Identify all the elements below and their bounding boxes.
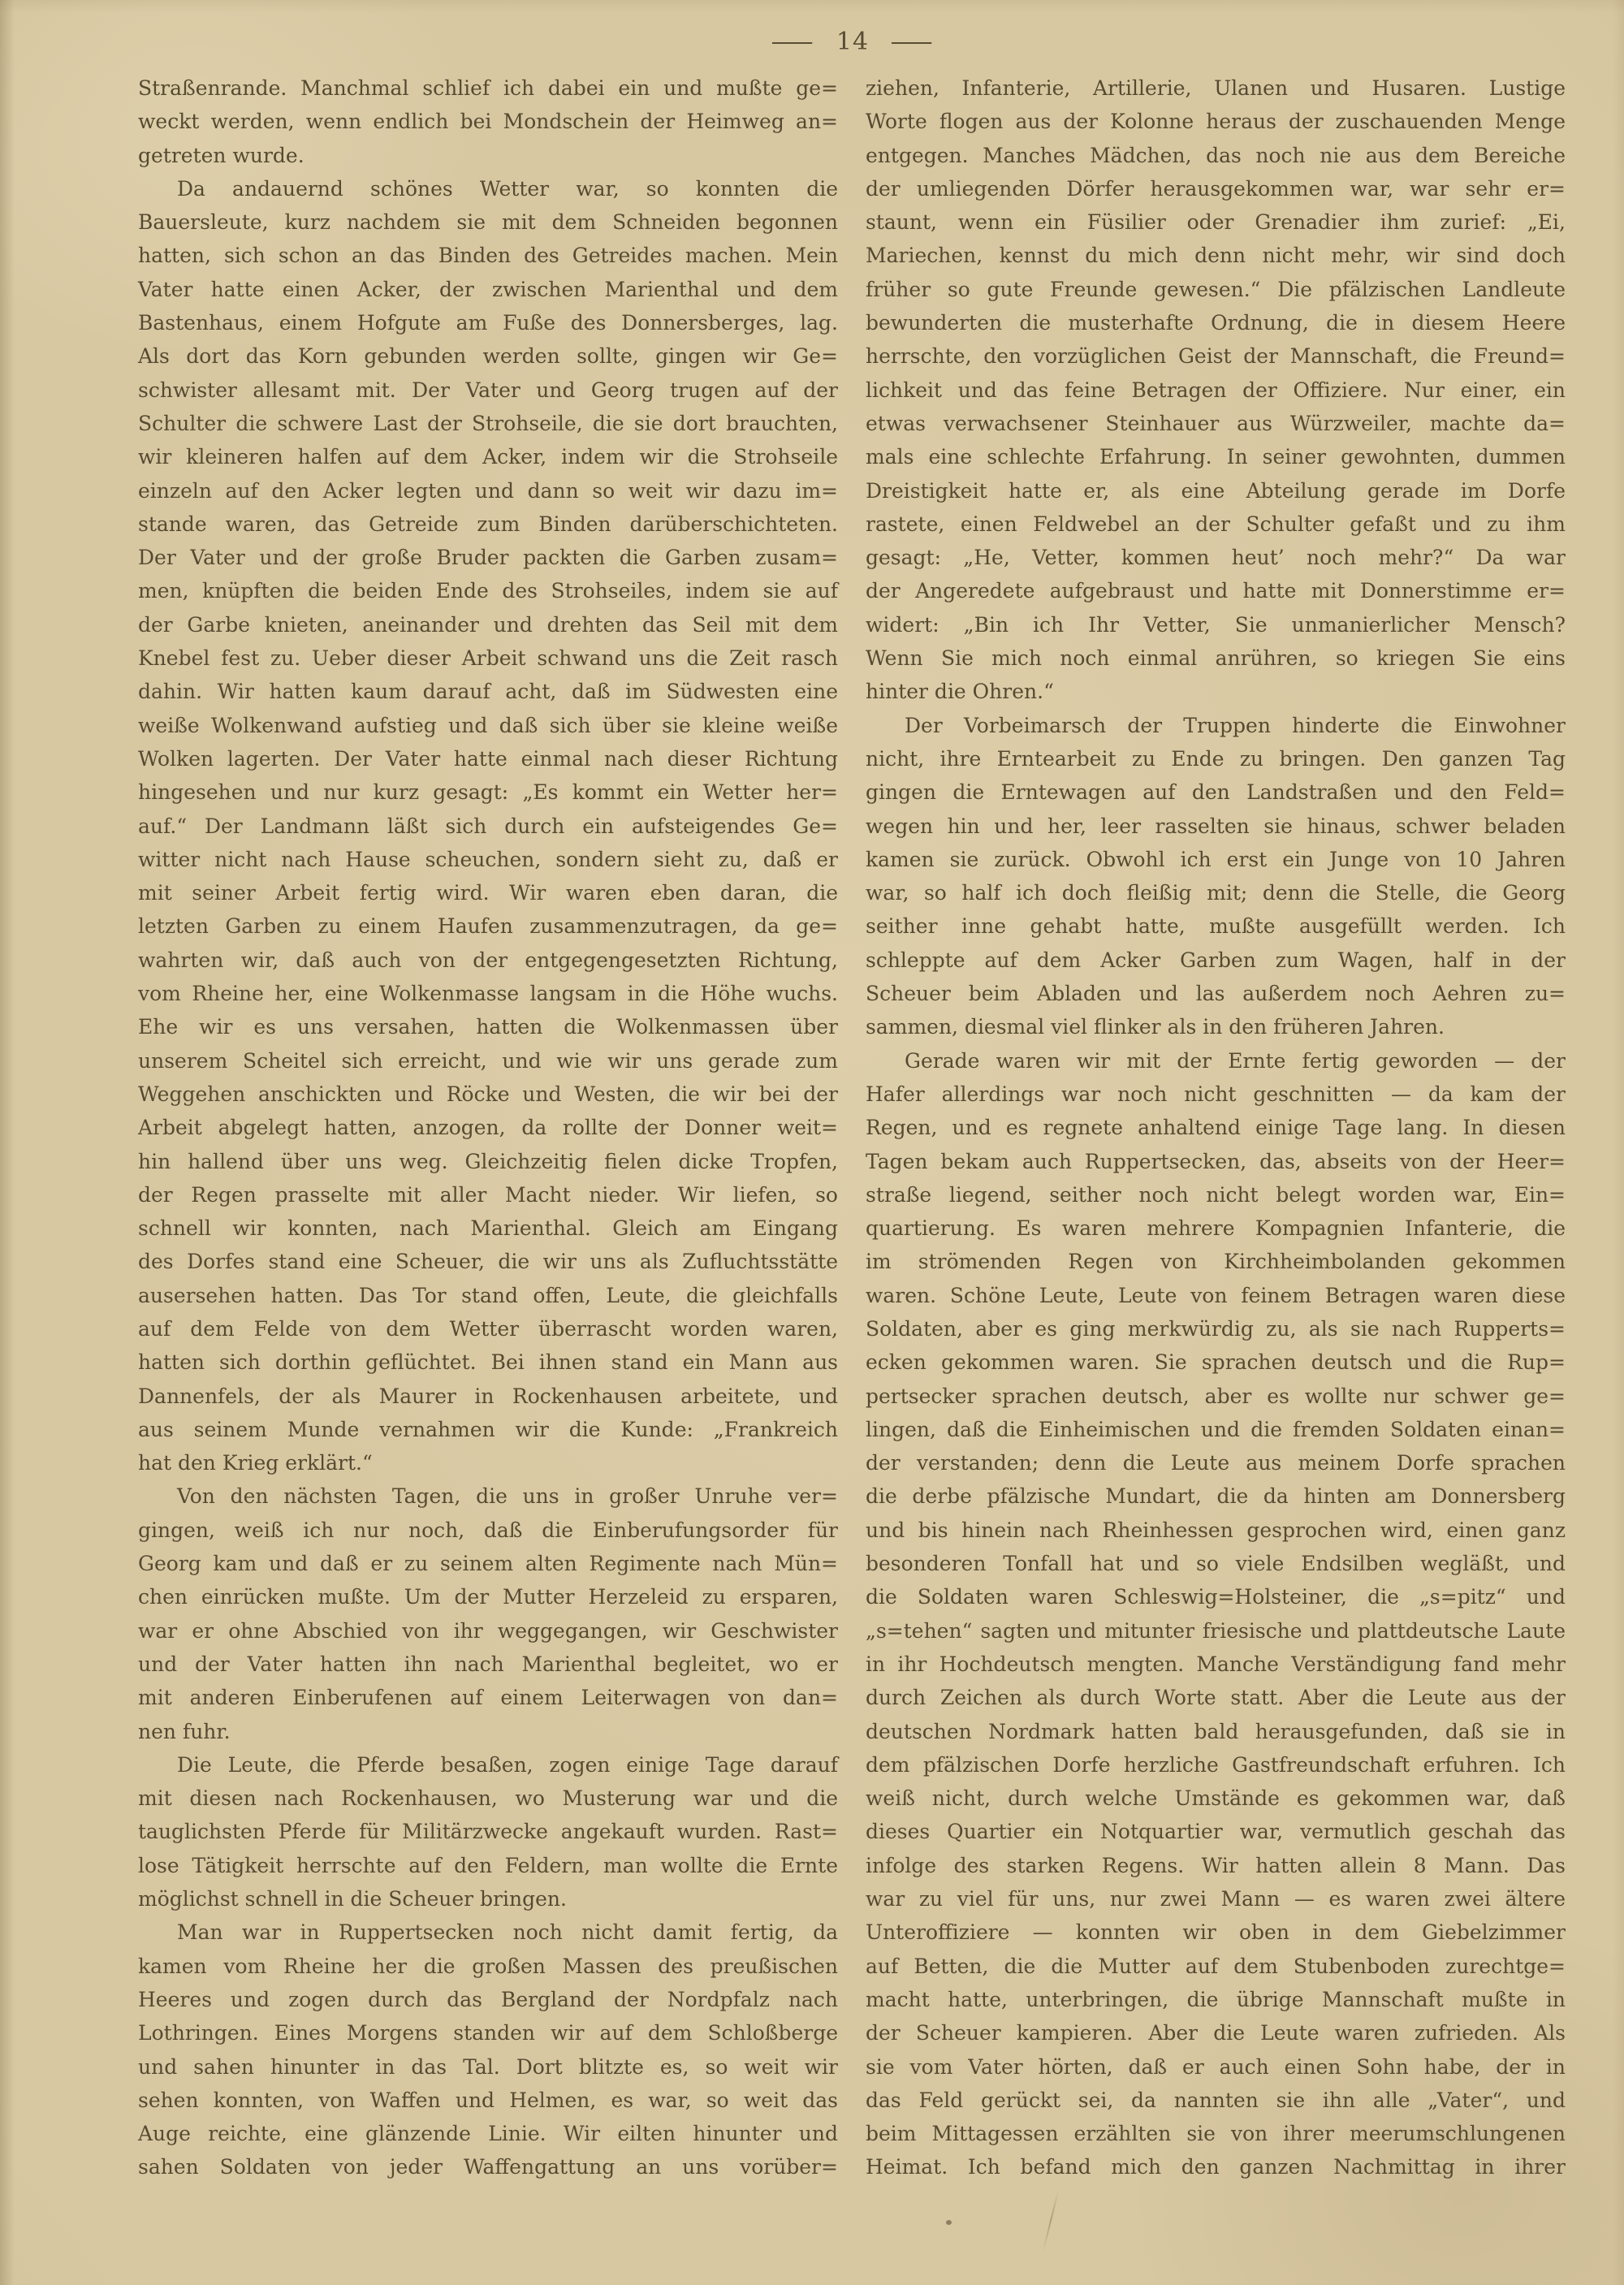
text-line: hinter die Ohren.“ (866, 675, 1566, 708)
text-line: Scheuer beim Abladen und las außerdem no… (866, 977, 1566, 1010)
paper-speck (946, 2220, 952, 2225)
text-line: mit anderen Einberufenen auf einem Leite… (138, 1681, 838, 1714)
text-line: war er ohne Abschied von ihr weggegangen… (138, 1614, 838, 1648)
text-line: dahin. Wir hatten kaum darauf acht, daß … (138, 675, 838, 708)
text-line: nicht, ihre Erntearbeit zu Ende zu bring… (866, 742, 1566, 775)
text-line: hatten, sich schon an das Binden des Get… (138, 239, 838, 272)
text-line: lose Tätigkeit herrschte auf den Feldern… (138, 1849, 838, 1882)
text-line: die derbe pfälzische Mundart, die da hin… (866, 1479, 1566, 1513)
text-line: rastete, einen Feldwebel an der Schulter… (866, 508, 1566, 541)
text-line: widert: „Bin ich Ihr Vetter, Sie unmanie… (866, 608, 1566, 641)
text-line: lingen, daß die Einheimischen und die fr… (866, 1413, 1566, 1446)
text-line: deutschen Nordmark hatten bald herausgef… (866, 1715, 1566, 1748)
text-line: weiß nicht, durch welche Umstände es gek… (866, 1782, 1566, 1815)
text-line: wegen hin und her, leer rasselten sie hi… (866, 810, 1566, 843)
text-line: Georg kam und daß er zu seinem alten Reg… (138, 1547, 838, 1580)
text-line: Bastenhaus, einem Hofgute am Fuße des Do… (138, 306, 838, 339)
text-line: pertsecker sprachen deutsch, aber es wol… (866, 1380, 1566, 1413)
text-line: Hafer allerdings war noch nicht geschnit… (866, 1078, 1566, 1111)
text-line: hin hallend über uns weg. Gleichzeitig f… (138, 1145, 838, 1178)
text-line: sammen, diesmal viel flinker als in den … (866, 1010, 1566, 1043)
text-line: im strömenden Regen von Kirchheimbolande… (866, 1245, 1566, 1278)
text-line: mit diesen nach Rockenhausen, wo Musteru… (138, 1782, 838, 1815)
text-line: auf dem Felde von dem Wetter überrascht … (138, 1312, 838, 1346)
text-line: sie vom Vater hörten, daß er auch einen … (866, 2050, 1566, 2084)
text-line: Knebel fest zu. Ueber dieser Arbeit schw… (138, 641, 838, 675)
text-line: „s=tehen“ sagten und mitunter friesische… (866, 1614, 1566, 1648)
text-line: in ihr Hochdeutsch mengten. Manche Verst… (866, 1648, 1566, 1681)
text-line: Unteroffiziere — konnten wir oben in dem… (866, 1916, 1566, 1949)
text-line: unserem Scheitel sich erreicht, und wie … (138, 1044, 838, 1078)
text-line: weckt werden, wenn endlich bei Mondschei… (138, 105, 838, 138)
text-line: Auge reichte, eine glänzende Linie. Wir … (138, 2117, 838, 2150)
text-line: Bauersleute, kurz nachdem sie mit dem Sc… (138, 205, 838, 239)
text-line: des Dorfes stand eine Scheuer, die wir u… (138, 1245, 838, 1278)
text-line: besonderen Tonfall hat und so viele Ends… (866, 1547, 1566, 1580)
text-line: wahrten wir, daß auch von der entgegenge… (138, 944, 838, 977)
text-line: Man war in Ruppertsecken noch nicht dami… (138, 1916, 838, 1949)
text-line: und bis hinein nach Rheinhessen gesproch… (866, 1514, 1566, 1547)
text-line: kamen sie zurück. Obwohl ich erst ein Ju… (866, 843, 1566, 876)
text-line: beim Mittagessen erzählten sie von ihrer… (866, 2117, 1566, 2150)
text-line: schwister allesamt mit. Der Vater und Ge… (138, 374, 838, 407)
text-line: Von den nächsten Tagen, die uns in große… (138, 1479, 838, 1513)
text-line: weiße Wolkenwand aufstieg und daß sich ü… (138, 709, 838, 742)
text-line: ausersehen hatten. Das Tor stand offen, … (138, 1279, 838, 1312)
text-line: ecken gekommen waren. Sie sprachen deuts… (866, 1346, 1566, 1379)
text-line: gingen die Erntewagen auf den Landstraße… (866, 775, 1566, 809)
text-line: der Scheuer kampieren. Aber die Leute wa… (866, 2016, 1566, 2050)
text-line: möglichst schnell in die Scheuer bringen… (138, 1882, 838, 1916)
text-line: men, knüpften die beiden Ende des Strohs… (138, 574, 838, 607)
text-line: hat den Krieg erklärt.“ (138, 1446, 838, 1479)
text-line: der Angeredete aufgebraust und hatte mit… (866, 574, 1566, 607)
text-line: und der Vater hatten ihn nach Marienthal… (138, 1648, 838, 1681)
text-line: Als dort das Korn gebunden werden sollte… (138, 339, 838, 373)
text-line: war, so half ich doch fleißig mit; denn … (866, 876, 1566, 909)
text-line: das Feld gerückt sei, da nannten sie ihn… (866, 2084, 1566, 2117)
text-line: hatten sich dorthin geflüchtet. Bei ihne… (138, 1346, 838, 1379)
text-line: straße liegend, seither noch nicht beleg… (866, 1178, 1566, 1212)
text-line: quartierung. Es waren mehrere Kompagnien… (866, 1212, 1566, 1245)
text-line: Wolken lagerten. Der Vater hatte einmal … (138, 742, 838, 775)
text-line: lichkeit und das feine Betragen der Offi… (866, 374, 1566, 407)
text-line: dieses Quartier ein Notquartier war, ver… (866, 1815, 1566, 1848)
text-line: witter nicht nach Hause scheuchen, sonde… (138, 843, 838, 876)
text-line: Da andauernd schönes Wetter war, so konn… (138, 172, 838, 205)
text-line: war zu viel für uns, nur zwei Mann — es … (866, 1882, 1566, 1916)
text-line: der Regen prasselte mit aller Macht nied… (138, 1178, 838, 1212)
text-line: Soldaten, aber es ging merkwürdig zu, al… (866, 1312, 1566, 1346)
text-line: seither inne gehabt hatte, mußte ausgefü… (866, 909, 1566, 943)
text-line: Heeres und zogen durch das Bergland der … (138, 1983, 838, 2016)
text-line: sahen Soldaten von jeder Waffengattung a… (138, 2150, 838, 2183)
text-line: Weggehen anschickten und Röcke und Weste… (138, 1078, 838, 1111)
text-line: nen fuhr. (138, 1715, 838, 1748)
text-line: mals eine schlechte Erfahrung. In seiner… (866, 440, 1566, 473)
text-line: Die Leute, die Pferde besaßen, zogen ein… (138, 1748, 838, 1782)
page-number: 14 (836, 28, 869, 56)
text-line: herrschte, den vorzüglichen Geist der Ma… (866, 339, 1566, 373)
text-line: Der Vorbeimarsch der Truppen hinderte di… (866, 709, 1566, 742)
text-line: macht hatte, unterbringen, die übrige Ma… (866, 1983, 1566, 2016)
text-line: auf.“ Der Landmann läßt sich durch ein a… (138, 810, 838, 843)
text-line: staunt, wenn ein Füsilier oder Grenadier… (866, 205, 1566, 239)
text-line: chen einrücken mußte. Um der Mutter Herz… (138, 1580, 838, 1613)
text-line: waren. Schöne Leute, Leute von feinem Be… (866, 1279, 1566, 1312)
text-line: stande waren, das Getreide zum Binden da… (138, 508, 838, 541)
text-line: der Garbe knieten, aneinander und drehte… (138, 608, 838, 641)
text-line: entgegen. Manches Mädchen, das noch nie … (866, 139, 1566, 172)
text-line: hingesehen und nur kurz gesagt: „Es komm… (138, 775, 838, 809)
text-line: aus seinem Munde vernahmen wir die Kunde… (138, 1413, 838, 1446)
text-line: einzeln auf den Acker legten und dann so… (138, 474, 838, 508)
text-line: der umliegenden Dörfer herausgekommen wa… (866, 172, 1566, 205)
text-line: ziehen, Infanterie, Artillerie, Ulanen u… (866, 71, 1566, 105)
text-line: Tagen bekam auch Ruppertsecken, das, abs… (866, 1145, 1566, 1178)
text-line: die Soldaten waren Schleswig=Holsteiner,… (866, 1580, 1566, 1613)
text-line: mit seiner Arbeit fertig wird. Wir waren… (138, 876, 838, 909)
text-line: Mariechen, kennst du mich denn nicht meh… (866, 239, 1566, 272)
text-line: etwas verwachsener Steinhauer aus Würzwe… (866, 407, 1566, 440)
text-column-left: Straßenrande. Manchmal schlief ich dabei… (138, 71, 838, 2184)
text-line: kamen vom Rheine her die großen Massen d… (138, 1950, 838, 1983)
text-line: sehen konnten, von Waffen und Helmen, es… (138, 2084, 838, 2117)
text-line: Worte flogen aus der Kolonne heraus der … (866, 105, 1566, 138)
text-line: Der Vater und der große Bruder packten d… (138, 541, 838, 574)
text-line: Arbeit abgelegt hatten, anzogen, da roll… (138, 1111, 838, 1144)
text-line: schleppte auf dem Acker Garben zum Wagen… (866, 944, 1566, 977)
scanned-page: { "header": { "left_dash": "—", "page_nu… (0, 0, 1624, 2285)
text-line: Wenn Sie mich noch einmal anrühren, so k… (866, 641, 1566, 675)
text-line: bewunderten die musterhafte Ordnung, die… (866, 306, 1566, 339)
header-dash-right: — (890, 28, 935, 56)
text-line: Heimat. Ich befand mich den ganzen Nachm… (866, 2150, 1566, 2183)
text-column-right: ziehen, Infanterie, Artillerie, Ulanen u… (866, 71, 1566, 2184)
page-number-header: —14— (138, 28, 1567, 56)
text-line: gesagt: „He, Vetter, kommen heut’ noch m… (866, 541, 1566, 574)
text-line: vom Rheine her, eine Wolkenmasse langsam… (138, 977, 838, 1010)
text-line: Schulter die schwere Last der Strohseile… (138, 407, 838, 440)
text-line: durch Zeichen als durch Worte statt. Abe… (866, 1681, 1566, 1714)
text-line: wir kleineren halfen auf dem Acker, inde… (138, 440, 838, 473)
text-line: schnell wir konnten, nach Marienthal. Gl… (138, 1212, 838, 1245)
text-line: getreten wurde. (138, 139, 838, 172)
text-line: der verstanden; denn die Leute aus meine… (866, 1446, 1566, 1479)
text-line: Dreistigkeit hatte er, als eine Abteilun… (866, 474, 1566, 508)
header-dash-left: — (771, 28, 816, 56)
text-line: Straßenrande. Manchmal schlief ich dabei… (138, 71, 838, 105)
text-line: gingen, weiß ich nur noch, daß die Einbe… (138, 1514, 838, 1547)
text-line: Dannenfels, der als Maurer in Rockenhaus… (138, 1380, 838, 1413)
text-line: und sahen hinunter in das Tal. Dort blit… (138, 2050, 838, 2084)
text-line: Gerade waren wir mit der Ernte fertig ge… (866, 1044, 1566, 1078)
text-line: Regen, und es regnete anhaltend einige T… (866, 1111, 1566, 1144)
text-line: Vater hatte einen Acker, der zwischen Ma… (138, 273, 838, 306)
paper-scratch (1043, 2190, 1060, 2252)
text-line: Lothringen. Eines Morgens standen wir au… (138, 2016, 838, 2050)
text-line: letzten Garben zu einem Haufen zusammenz… (138, 909, 838, 943)
text-line: Ehe wir es uns versahen, hatten die Wolk… (138, 1010, 838, 1043)
text-line: infolge des starken Regens. Wir hatten a… (866, 1849, 1566, 1882)
text-line: dem pfälzischen Dorfe herzliche Gastfreu… (866, 1748, 1566, 1782)
text-line: tauglichsten Pferde für Militärzwecke an… (138, 1815, 838, 1848)
text-line: auf Betten, die die Mutter auf dem Stube… (866, 1950, 1566, 1983)
text-line: früher so gute Freunde gewesen.“ Die pfä… (866, 273, 1566, 306)
